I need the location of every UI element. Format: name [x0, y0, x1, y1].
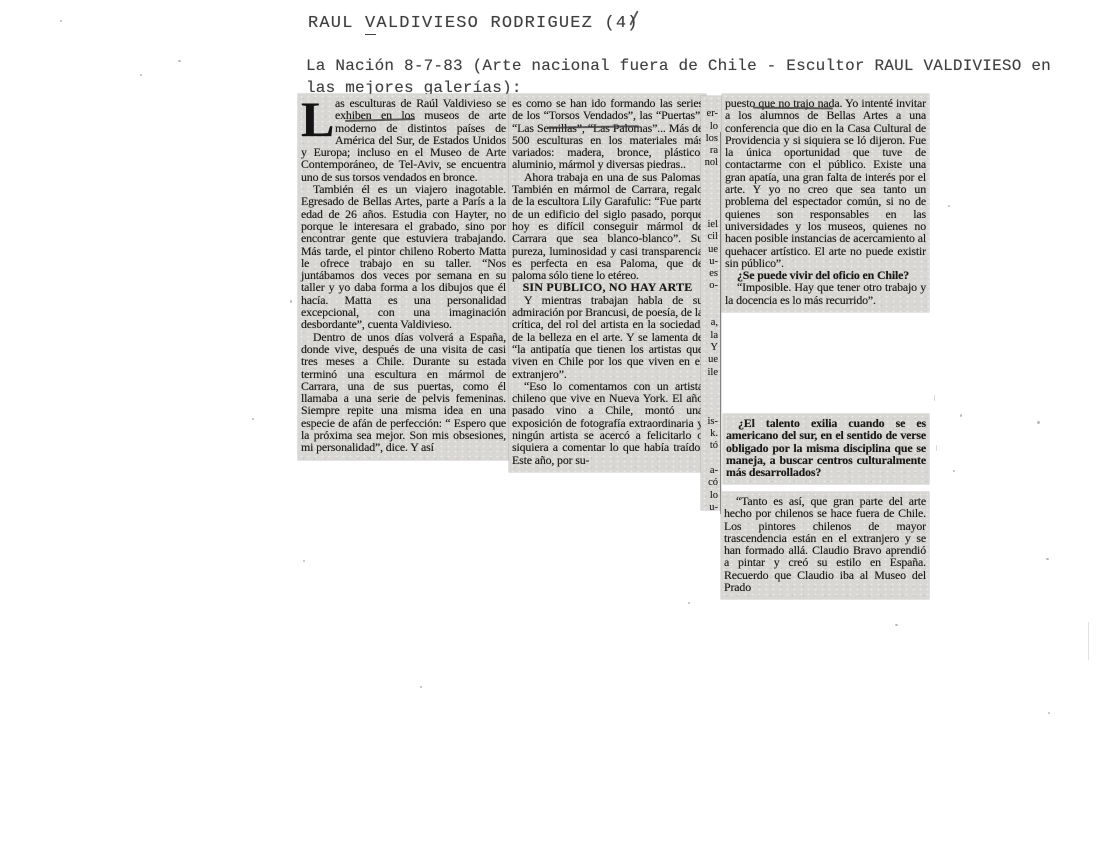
paragraph-text: Y mientras trabajan habla de su admiraci…	[512, 294, 703, 380]
scan-scratch	[934, 395, 935, 401]
clipping-cut-edge	[720, 132, 721, 514]
scanned-page: RAUL VALDIVIESO RODRIGUEZ (4) La Nación …	[0, 0, 1100, 850]
scan-speck	[1046, 558, 1049, 560]
interview-question: ¿El talento exilia cuando se es american…	[726, 417, 926, 478]
scan-speck	[895, 624, 898, 626]
paragraph-text: También él es un viajero inagotable. Egr…	[301, 183, 506, 331]
section-heading: SIN PUBLICO, NO HAY ARTE	[512, 281, 703, 293]
scan-speck	[303, 560, 305, 562]
cut-column-fragments: er- lo los ra nol iel cil ue u- es o- a,…	[701, 96, 721, 510]
paragraph-text: Ahora trabaja en una de sus Palomas. Tam…	[512, 171, 703, 282]
scan-speck	[1037, 421, 1040, 424]
interview-answer: “Tanto es así, que gran parte del arte h…	[724, 495, 926, 593]
typed-header-source: La Nación 8-7-83 (Arte nacional fuera de…	[306, 56, 1051, 99]
clipping-column-3-piece-3: “Tanto es así, que gran parte del arte h…	[721, 492, 929, 599]
scan-speck	[140, 74, 142, 76]
paragraph: Las esculturas de Raúl Valdivieso se exh…	[301, 97, 506, 183]
scan-speck	[60, 20, 62, 22]
clipping-column-3-piece-2: ¿El talento exilia cuando se es american…	[723, 414, 929, 484]
scan-speck	[420, 686, 422, 688]
paragraph-text: puesto que no trajo nada. Yo intenté inv…	[725, 97, 926, 269]
paragraph-text: Dentro de unos días volverá a España, do…	[301, 331, 506, 454]
scan-scratch	[936, 445, 937, 451]
scan-speck	[1048, 712, 1050, 714]
scan-speck	[960, 414, 962, 417]
header-source-line-1: La Nación 8-7-83 (Arte nacional fuera de…	[306, 56, 1051, 78]
scan-speck	[290, 300, 292, 303]
scan-speck	[252, 418, 254, 420]
scan-speck	[953, 470, 955, 472]
scan-speck	[948, 205, 950, 207]
scan-speck	[688, 602, 690, 604]
interview-answer: “Imposible. Hay que tener otro trabajo y…	[725, 281, 926, 306]
scan-speck	[178, 60, 181, 62]
header-title-underlined-letter: V	[365, 14, 376, 35]
header-title-rest: ALDIVIESO RODRIGUEZ (4)	[376, 14, 638, 33]
scan-scratch	[1088, 622, 1089, 660]
paragraph-text: es como se han ido formando las series d…	[512, 97, 703, 171]
clipping-column-1: Las esculturas de Raúl Valdivieso se exh…	[298, 94, 509, 460]
header-title-prefix: RAUL	[308, 14, 365, 33]
clipping-column-3-piece-1: puesto que no trajo nada. Yo intenté inv…	[722, 94, 929, 312]
typed-header-title: RAUL VALDIVIESO RODRIGUEZ (4)	[308, 14, 639, 33]
drop-cap-letter: L	[301, 98, 330, 144]
clipping-column-2: es como se han ido formando las series d…	[509, 94, 706, 472]
paragraph-text: “Eso lo comentamos con un artista chilen…	[512, 380, 703, 466]
